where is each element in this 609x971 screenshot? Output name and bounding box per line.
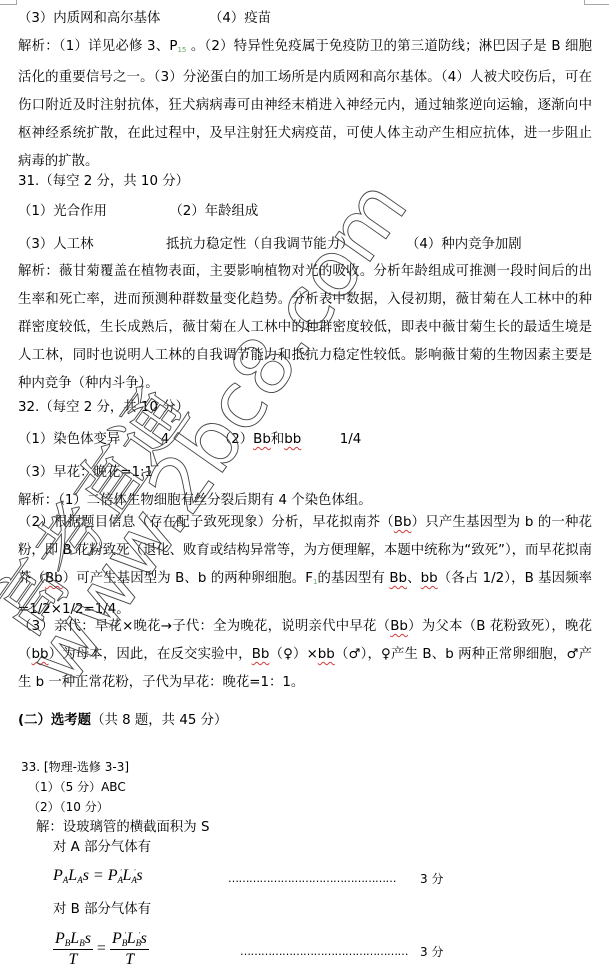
- genotype-Bb: Bb: [390, 619, 408, 634]
- score-b: 3 分: [420, 943, 443, 960]
- q31-answer-2: （2）年龄组成: [169, 204, 258, 219]
- q32-answer-row-1: （1）染色体变异 4 （2）Bb和bb 1/4: [18, 430, 361, 450]
- text: （♀）×: [269, 647, 317, 662]
- q31-answer-row-1: （1）光合作用 （2）年龄组成: [18, 202, 258, 222]
- genotype-Bb: Bb: [45, 571, 63, 586]
- q30-answer-3: （3）内质网和高尔基体: [18, 11, 160, 26]
- genotype-Bb: Bb: [389, 571, 407, 586]
- q31-analysis: 解析：薇甘菊覆盖在植物表面，主要影响植物对光的吸收。分析年龄组成可推测一段时间后…: [18, 258, 592, 398]
- q31-answer-3a: （3）人工林: [18, 237, 93, 252]
- text: （3）亲代：早花×晚花→子代：全为晚花，说明亲代中早花（: [18, 619, 390, 634]
- text: ）为母本，因此，在反交实验中，: [49, 647, 252, 662]
- q32-answer-row-2: （3）早花：晚花=1:1: [18, 463, 153, 483]
- q31-answer-1: （1）光合作用: [18, 204, 107, 219]
- q33-solution-intro: 解：设玻璃管的横截面积为 S: [36, 818, 209, 838]
- q32-analysis-1: 解析：（1）二倍体生物细胞有丝分裂后期有 4 个染色体组。: [18, 491, 372, 511]
- q33-part-1: （1）（5 分）ABC: [28, 777, 126, 797]
- text: ）可产生基因型为 B、b 的两种卵细胞。F: [63, 571, 313, 586]
- q30-answer-4: （4）疫苗: [209, 11, 271, 26]
- q32-header: 32.（每空 2 分，共 10 分）: [18, 398, 189, 418]
- score-a: 3 分: [420, 870, 443, 887]
- q32-conjunction: 和: [271, 432, 284, 447]
- genotype-bb: bb: [284, 432, 301, 447]
- score-leader-dots: …………………………………………: [228, 872, 396, 885]
- q32-analysis-2: （2）根据题目信息（存在配子致死现象）分析，早花拟南芥（Bb）只产生基因型为 b…: [18, 509, 592, 624]
- fraction-lhs: PBLBsT: [53, 930, 93, 969]
- q32-answer-2-prefix: （2）: [218, 432, 253, 447]
- text: （2）根据题目信息（存在配子致死现象）分析，早花拟南芥（: [18, 515, 394, 530]
- text: 的基因型有: [317, 571, 389, 586]
- q33-gas-a-label: 对 A 部分气体有: [53, 838, 151, 858]
- equation-gas-a: PALAs = PA'LA's: [53, 867, 143, 885]
- q30-analysis-prefix: 解析：（1）详见必修 3、P: [18, 39, 177, 54]
- q31-answer-3b: 抵抗力稳定性（自我调节能力）: [166, 237, 353, 252]
- genotype-bb: bb: [32, 647, 49, 662]
- genotype-Bb: Bb: [394, 515, 412, 530]
- q30-answers: （3）内质网和高尔基体 （4）疫苗: [18, 9, 271, 29]
- q31-answer-row-2: （3）人工林 抵抗力稳定性（自我调节能力） （4）种内竞争加剧: [18, 235, 522, 255]
- q31-header: 31.（每空 2 分，共 10 分）: [18, 172, 189, 192]
- section-2-title: (二）选考题（共 8 题，共 45 分）: [18, 711, 227, 731]
- section-2-title-bold: (二）选考题: [18, 713, 91, 728]
- text: 、: [407, 571, 421, 586]
- q33-gas-b-label: 对 B 部分气体有: [53, 900, 151, 920]
- genotype-Bb: Bb: [252, 647, 270, 662]
- q30-analysis: 解析：（1）详见必修 3、P15 。（2）特异性免疫属于免疫防卫的第三道防线；淋…: [18, 33, 592, 176]
- genotype-bb: bb: [421, 571, 438, 586]
- page-corner-mark-right: [584, 0, 609, 5]
- score-leader-dots: …………………………………………: [240, 945, 408, 958]
- q33-part-2: （2）（10 分）: [28, 797, 109, 817]
- q32-answer-1b: 4: [161, 432, 170, 447]
- page-corner-mark-left: [0, 0, 17, 5]
- q32-answer-2b: 1/4: [340, 432, 362, 447]
- genotype-bb: bb: [318, 647, 335, 662]
- genotype-Bb: Bb: [253, 432, 271, 447]
- fraction-rhs: PB'LB'sT': [110, 930, 149, 969]
- q32-analysis-3: （3）亲代：早花×晚花→子代：全为晚花，说明亲代中早花（Bb）为父本（B 花粉致…: [18, 613, 592, 697]
- equation-gas-b: PBLBsT = PB'LB'sT': [53, 930, 149, 969]
- q30-analysis-text: 。（2）特异性免疫属于免疫防卫的第三道防线；淋巴因子是 B 细胞活化的重要信号之…: [18, 39, 592, 169]
- q32-answer-1a: （1）染色体变异: [18, 432, 120, 447]
- q33-header: 33. [物理-选修 3-3]: [21, 757, 129, 777]
- section-2-title-detail: （共 8 题，共 45 分）: [91, 713, 227, 728]
- q31-answer-4: （4）种内竞争加剧: [406, 237, 522, 252]
